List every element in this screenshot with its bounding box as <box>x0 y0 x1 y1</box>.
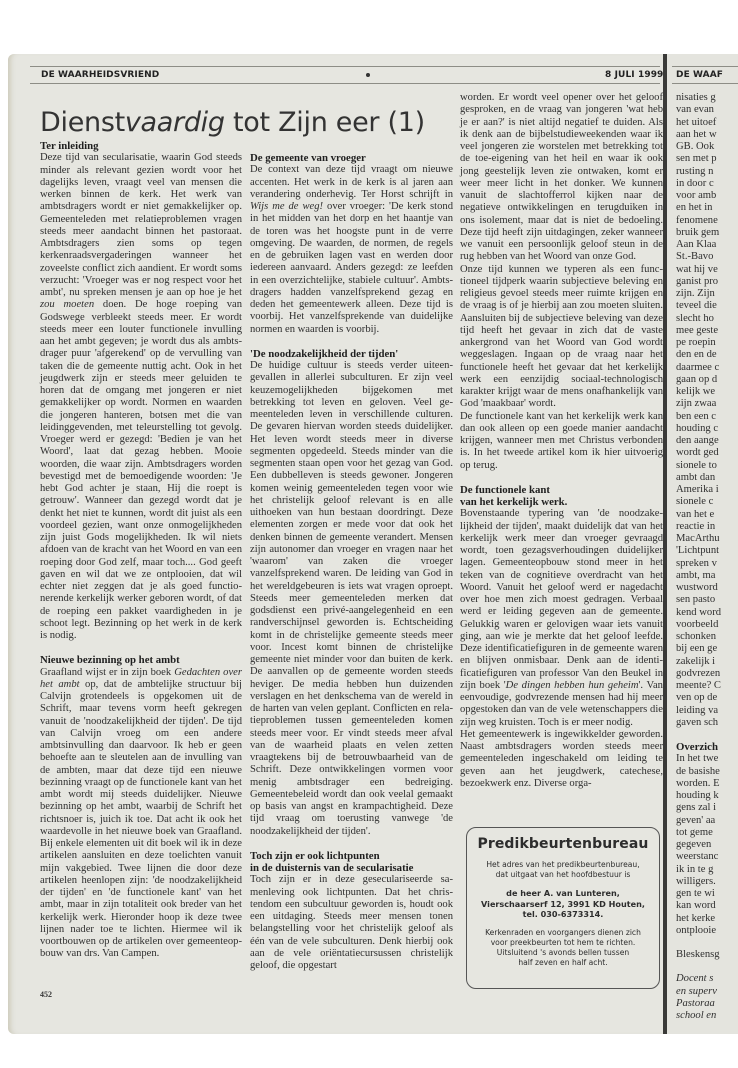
fragment-line: sionele to <box>676 460 738 472</box>
fragment-line: het uitoef <box>676 117 738 129</box>
text-run: De context van deze tijd vraagt om nieuw… <box>250 164 453 200</box>
fragment-line: aan het w <box>676 129 738 141</box>
paragraph-functionele-kant-2: Het gemeentewerk is ingewikkelder ge­wor… <box>460 729 663 790</box>
title-part1: Dienst <box>40 107 125 138</box>
fragment-line: gens zal i <box>676 802 738 814</box>
paragraph-inleiding: Deze tijd van secularisatie, waarin God … <box>40 152 242 642</box>
next-page-column-fragment: nisaties gvan evanhet uitoefaan het wGB.… <box>676 92 738 1022</box>
fragment-line: Docent s <box>676 973 738 985</box>
fragment-line: gegeven <box>676 839 738 851</box>
fragment-line: wordt ged <box>676 447 738 459</box>
paragraph-col3-1: worden. Er wordt veel opener over het ge… <box>460 92 663 264</box>
fragment-line: St.-Bavo <box>676 251 738 263</box>
fragment-line: daarmee c <box>676 362 738 374</box>
fragment-line: houding c <box>676 423 738 435</box>
spacer <box>250 336 453 348</box>
article-column-3: worden. Er wordt veel opener over het ge… <box>460 92 663 790</box>
fragment-line: ben een c <box>676 411 738 423</box>
notice-note-line: voor preekbeurten tot hem te richten. <box>467 938 659 948</box>
fragment-line: ven op de <box>676 692 738 704</box>
next-page-lines-bottom: In het twede basisheworden. Ehouding kge… <box>676 753 738 937</box>
fragment-line: school en <box>676 1010 738 1022</box>
next-page-lines-top: nisaties gvan evanhet uitoefaan het wGB.… <box>676 92 738 729</box>
fragment-line: leiding va <box>676 705 738 717</box>
fragment-line: slecht ho <box>676 313 738 325</box>
fragment-line: en het in <box>676 202 738 214</box>
paragraph-col3-2: Onze tijd kunnen we typeren als een func… <box>460 264 663 411</box>
section-heading-ter-inleiding: Ter inleiding <box>40 140 242 152</box>
fragment-line: pe roepin <box>676 337 738 349</box>
notice-instructions: Kerkenraden en voorgangers dienen zich v… <box>467 928 659 968</box>
paragraph-gemeente-vroeger: De context van deze tijd vraagt om nieuw… <box>250 164 453 336</box>
fragment-line: den aange <box>676 435 738 447</box>
fragment-line: zijn zwaa <box>676 398 738 410</box>
notice-contact: de heer A. van Lunteren, Vierschaarserf … <box>467 888 659 920</box>
fragment-line: gaan op d <box>676 374 738 386</box>
paragraph-noodzakelijkheid: De huidige cultuur is steeds verder uite… <box>250 360 453 838</box>
book-title: Wijs me de weg! <box>250 201 323 212</box>
fragment-line: reactie in <box>676 521 738 533</box>
fragment-line: zijn. Zijn <box>676 288 738 300</box>
spacer <box>676 937 738 949</box>
section-heading-noodzakelijkheid: 'De noodzakelijkheid der tijden' <box>250 348 453 360</box>
article-column-2: De gemeente van vroeger De context van d… <box>250 152 453 972</box>
fragment-line: teveel die <box>676 300 738 312</box>
fragment-line: bruik gem <box>676 227 738 239</box>
fragment-line: van het e <box>676 509 738 521</box>
notice-note-line: Uitsluitend 's avonds bellen tussen <box>467 948 659 958</box>
fragment-line: geven' aa <box>676 815 738 827</box>
fragment-line: tot geme <box>676 827 738 839</box>
fragment-line: Pastoraa <box>676 998 738 1010</box>
section-heading-gemeente-vroeger: De gemeente van vroeger <box>250 152 453 164</box>
fragment-line: den en de <box>676 349 738 361</box>
section-heading-nieuwe-bezinning: Nieuwe bezinning op het ambt <box>40 654 242 666</box>
spacer <box>676 729 738 741</box>
fragment-line: gaven sch <box>676 717 738 729</box>
fragment-line: kend word <box>676 607 738 619</box>
issue-date: 8 JULI 1999 <box>605 70 663 80</box>
next-header-top-rule <box>672 66 738 67</box>
fragment-line: Aan Klaa <box>676 239 738 251</box>
fragment-line: van evan <box>676 104 738 116</box>
fragment-line: weerstanc <box>676 851 738 863</box>
paragraph-nieuwe-bezinning: Graafland wijst er in zijn boek Gedachte… <box>40 667 242 961</box>
fragment-line: ontplooie <box>676 925 738 937</box>
text-run: Deze tijd van secularisatie, waarin God … <box>40 152 242 298</box>
next-page-heading: Overzich <box>676 741 738 753</box>
header-bottom-rule <box>30 83 660 84</box>
spacer <box>676 961 738 973</box>
spacer <box>40 642 242 654</box>
text-run: Bovenstaande typering van 'de noodzake­l… <box>460 508 663 691</box>
fragment-line: Amerika i <box>676 484 738 496</box>
fragment-line: wustword <box>676 582 738 594</box>
fragment-line: mee geste <box>676 325 738 337</box>
fragment-line: sionele c <box>676 496 738 508</box>
fragment-line: ik in te g <box>676 864 738 876</box>
spacer <box>250 838 453 850</box>
article-column-1: Ter inleiding Deze tijd van secularisati… <box>40 140 242 961</box>
fragment-line: houding k <box>676 790 738 802</box>
fragment-line: in door c <box>676 178 738 190</box>
predikbeurtenbureau-notice-box: Predikbeurtenbureau Het adres van het pr… <box>466 827 660 989</box>
next-page-publication-name: DE WAAF <box>676 70 723 80</box>
publication-name: DE WAARHEIDSVRIEND <box>41 70 159 80</box>
italic-run: zou moe­ten <box>40 299 94 310</box>
notice-intro-line: Het adres van het predikbeurtenbureau, <box>467 860 659 870</box>
fragment-line: schonken <box>676 631 738 643</box>
article-title: Dienstvaardig tot Zijn eer (1) <box>40 107 425 138</box>
fragment-line: bij een ge <box>676 643 738 655</box>
page-number: 452 <box>40 990 52 999</box>
paragraph-functionele-kant-1: Bovenstaande typering van 'de noodzake­l… <box>460 508 663 729</box>
fragment-line: MacArthu <box>676 533 738 545</box>
contact-name: de heer A. van Lunteren, <box>467 888 659 899</box>
notice-note-line: half zeven en half acht. <box>467 958 659 968</box>
fragment-line: rusting n <box>676 166 738 178</box>
paragraph-col3-3: De functionele kant van het kerkelijk we… <box>460 411 663 472</box>
fragment-line: spreken v <box>676 558 738 570</box>
fragment-line: sen pasto <box>676 594 738 606</box>
text-run: over vroeger: 'De kerk stond in het midd… <box>250 201 453 335</box>
fragment-line: 'Lichtpunt <box>676 545 738 557</box>
notice-intro: Het adres van het predikbeurtenbureau, d… <box>467 860 659 880</box>
fragment-line: godvrezen <box>676 668 738 680</box>
notice-title: Predikbeurtenbureau <box>467 836 659 852</box>
text-run: doen. De hoge roeping van Godswege verbl… <box>40 299 242 641</box>
book-title: De dingen hebben hun geheim <box>506 680 639 691</box>
fragment-line: meente? C <box>676 680 738 692</box>
title-part2: tot Zijn eer (1) <box>225 107 425 138</box>
fragment-line: ganist pro <box>676 276 738 288</box>
fragment-line: In het twe <box>676 753 738 765</box>
section-heading-lichtpunten-1: Toch zijn er ook lichtpunten <box>250 850 453 862</box>
next-header-bottom-rule <box>672 83 738 84</box>
fragment-line: en superv <box>676 986 738 998</box>
fragment-line: fenomene <box>676 215 738 227</box>
section-heading-functionele-kant-1: De functionele kant <box>460 484 663 496</box>
contact-address: Vierschaarserf 12, 3991 KD Houten, <box>467 899 659 910</box>
header-top-rule <box>30 66 660 67</box>
fragment-line: gen te wi <box>676 888 738 900</box>
fragment-line: worden. E <box>676 778 738 790</box>
text-run: Graafland wijst er in zijn boek <box>40 667 174 678</box>
text-run: op, dat de ambtelijke struc­tuur bij Cal… <box>40 679 242 960</box>
fragment-line: het kerke <box>676 913 738 925</box>
notice-intro-line: dat uitgaat van het hoofdbestuur is <box>467 870 659 880</box>
fragment-line: voor amb <box>676 190 738 202</box>
fragment-line: GB. Ook <box>676 141 738 153</box>
fragment-line: zakelijk i <box>676 656 738 668</box>
fragment-line: wat hij ve <box>676 264 738 276</box>
fragment-line: ambt dan <box>676 472 738 484</box>
paragraph-lichtpunten: Toch zijn er in deze geseculariseerde sa… <box>250 874 453 972</box>
fragment-line: ambt, ma <box>676 570 738 582</box>
fragment-line: kelijk we <box>676 386 738 398</box>
title-italic-part: vaardig <box>125 107 225 138</box>
notice-note-line: Kerkenraden en voorgangers dienen zich <box>467 928 659 938</box>
fragment-line: willigers. <box>676 876 738 888</box>
fragment-line: sen met p <box>676 153 738 165</box>
next-page-author-bio: Docent sen supervPastoraaschool en <box>676 973 738 1022</box>
spacer <box>460 472 663 484</box>
header-center-mark <box>366 73 370 77</box>
fragment-line: voorbeeld <box>676 619 738 631</box>
contact-phone: tel. 030-6373314. <box>467 909 659 920</box>
section-heading-functionele-kant-2: van het kerkelijk werk. <box>460 496 663 508</box>
fragment-line: de basishe <box>676 766 738 778</box>
fragment-line: nisaties g <box>676 92 738 104</box>
next-page-signoff: Bleskensg <box>676 949 738 961</box>
fragment-line: kan word <box>676 900 738 912</box>
section-heading-lichtpunten-2: in de duisternis van de secularisatie <box>250 862 453 874</box>
